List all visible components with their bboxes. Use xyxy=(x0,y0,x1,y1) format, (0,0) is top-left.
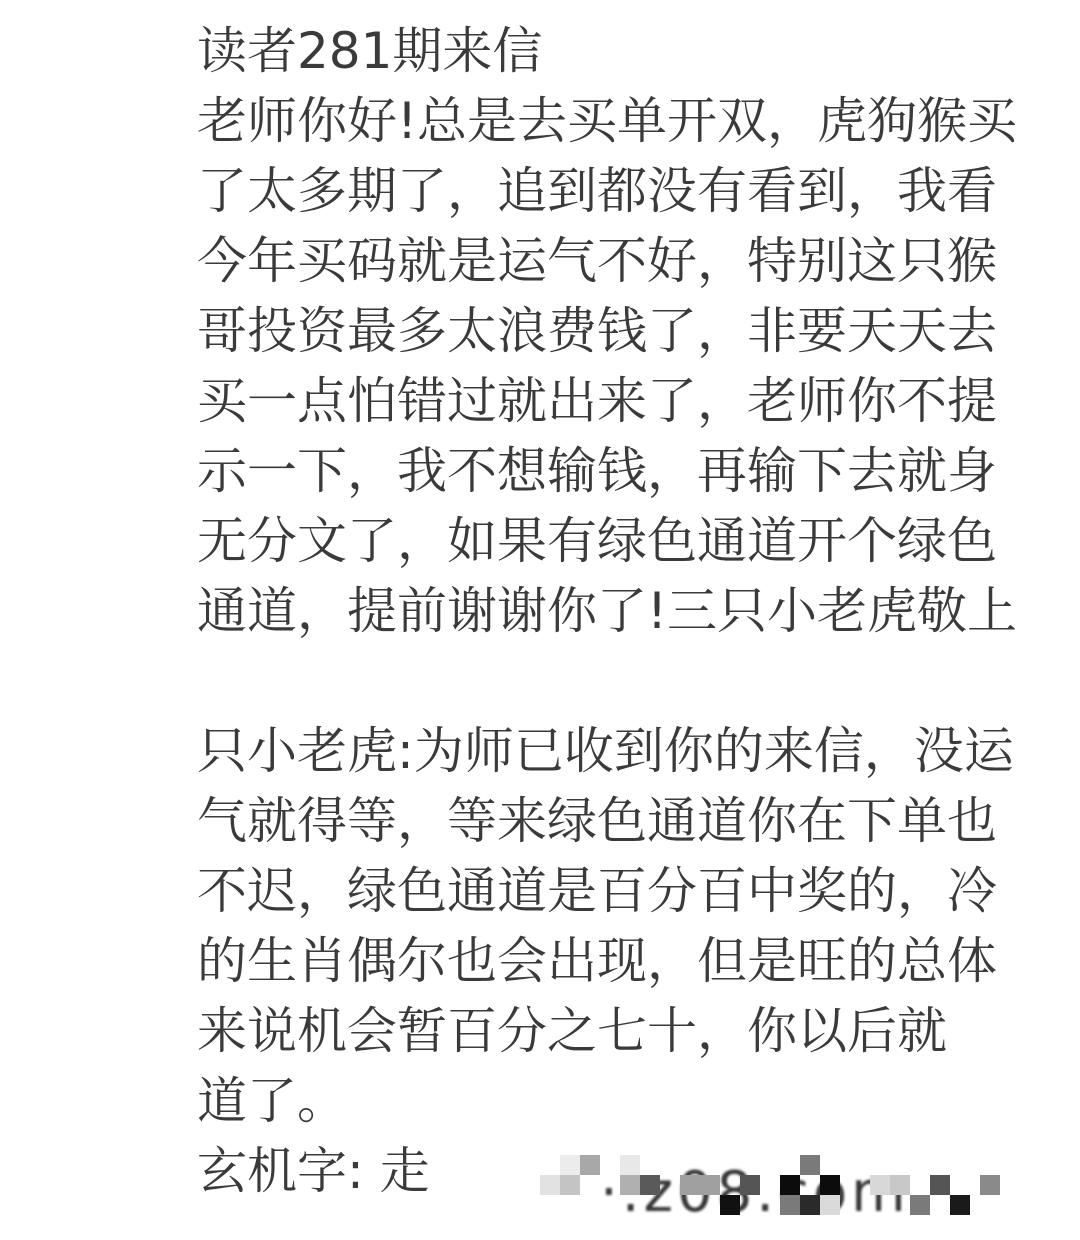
question-line: 了太多期了，追到都没有看到，我看 xyxy=(197,156,997,226)
mosaic-block xyxy=(560,1175,580,1195)
mosaic-block xyxy=(680,1175,700,1195)
reply-line: 不迟，绿色通道是百分百中奖的，冷 xyxy=(197,856,997,926)
mosaic-block xyxy=(820,1195,840,1215)
mosaic-block xyxy=(720,1195,740,1215)
mosaic-block xyxy=(930,1175,950,1195)
mosaic-block xyxy=(870,1175,890,1195)
question-line: 哥投资最多太浪费钱了，非要天天去 xyxy=(197,296,997,366)
mosaic-block xyxy=(800,1155,820,1175)
question-line: 示一下，我不想输钱，再输下去就身 xyxy=(197,436,997,506)
question-line: 通道，提前谢谢你了!三只小老虎敬上 xyxy=(197,576,997,646)
letter-title: 读者281期来信 xyxy=(197,16,997,86)
reply-line: 道了。 xyxy=(197,1066,997,1136)
letter-body: 读者281期来信 老师你好!总是去买单开双，虎狗猴买 了太多期了，追到都没有看到… xyxy=(197,16,997,1206)
mosaic-block xyxy=(800,1195,820,1215)
reply-line: 气就得等，等来绿色通道你在下单也 xyxy=(197,786,997,856)
reply-line: 来说机会暂百分之七十，你以后就 xyxy=(197,996,997,1066)
mosaic-block xyxy=(820,1175,840,1195)
mosaic-block xyxy=(640,1175,660,1195)
mosaic-block xyxy=(700,1175,720,1195)
mosaic-block xyxy=(780,1195,800,1215)
reply-line: 的生肖偶尔也会出现，但是旺的总体 xyxy=(197,926,997,996)
mosaic-block xyxy=(620,1155,640,1175)
question-line: 老师你好!总是去买单开双，虎狗猴买 xyxy=(197,86,997,156)
question-line: 买一点怕错过就出来了，老师你不提 xyxy=(197,366,997,436)
question-line: 今年买码就是运气不好，特别这只猴 xyxy=(197,226,997,296)
question-line: 无分文了，如果有绿色通道开个绿色 xyxy=(197,506,997,576)
mosaic-block xyxy=(910,1195,930,1215)
mosaic-block xyxy=(950,1195,970,1215)
mosaic-block xyxy=(540,1175,560,1195)
mosaic-block xyxy=(780,1175,800,1195)
mosaic-block xyxy=(560,1155,580,1175)
mosaic-block xyxy=(890,1175,910,1195)
mosaic-block xyxy=(980,1175,1000,1195)
pixelated-watermark: ·.z08.com xyxy=(540,1135,1060,1215)
paragraph-gap xyxy=(197,646,997,716)
reply-line: 只小老虎:为师已收到你的来信，没运 xyxy=(197,716,997,786)
mosaic-block xyxy=(620,1175,640,1195)
mosaic-block xyxy=(580,1155,600,1175)
mosaic-block xyxy=(740,1175,760,1195)
